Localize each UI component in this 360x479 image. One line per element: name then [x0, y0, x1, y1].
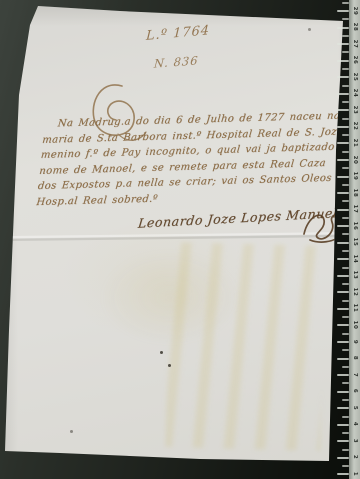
ruler-tick — [342, 283, 349, 285]
ruler-tick — [342, 416, 349, 418]
ruler-tick — [342, 35, 349, 37]
ruler-number: 11 — [351, 303, 359, 313]
ruler-number: 22 — [351, 121, 359, 131]
ruler-tick — [337, 126, 349, 128]
ruler-number: 2 — [351, 452, 359, 462]
ruler-tick — [337, 473, 349, 475]
paper-stain-streaks — [165, 242, 325, 451]
ruler-tick — [337, 308, 349, 310]
ruler-number: 8 — [351, 353, 359, 363]
ruler-tick — [337, 225, 349, 227]
ruler-tick — [342, 68, 349, 70]
ruler-tick — [337, 10, 349, 12]
ruler-number: 19 — [351, 171, 359, 181]
ruler-tick — [342, 449, 349, 451]
ruler-number: 28 — [351, 22, 359, 32]
ruler-tick — [342, 2, 349, 4]
ruler-tick — [337, 424, 349, 426]
ruler-tick — [337, 27, 349, 29]
ruler-tick — [337, 109, 349, 111]
ruler-tick — [342, 432, 349, 434]
ruler-number: 13 — [351, 270, 359, 280]
ruler-number: 12 — [351, 287, 359, 297]
ruler-tick — [342, 184, 349, 186]
ruler-tick — [342, 51, 349, 53]
ruler-number: 15 — [351, 237, 359, 247]
ruler-tick — [342, 316, 349, 318]
ruler-number: 23 — [351, 105, 359, 115]
ruler-number: 21 — [351, 138, 359, 148]
ruler-number: 27 — [351, 39, 359, 49]
ruler-tick — [342, 167, 349, 169]
ruler-tick — [337, 43, 349, 45]
ruler-tick — [337, 209, 349, 211]
ruler-tick — [342, 151, 349, 153]
ruler-tick — [342, 349, 349, 351]
scanner-bed: L.º 1764 N. 836 Na Madrug.a do dia 6 de … — [0, 0, 360, 479]
ruler-tick — [337, 142, 349, 144]
ruler-tick — [342, 85, 349, 87]
ruler-number: 6 — [351, 386, 359, 396]
ruler-tick — [342, 217, 349, 219]
ruler-tick — [342, 465, 349, 467]
ruler-number: 16 — [351, 221, 359, 231]
ruler-tick — [337, 291, 349, 293]
ruler-tick — [337, 242, 349, 244]
ruler-number: 3 — [351, 436, 359, 446]
ruler-tick — [342, 382, 349, 384]
ruler-tick — [342, 200, 349, 202]
ruler-tick — [342, 18, 349, 20]
ruler-tick — [337, 176, 349, 178]
ruler-tick — [342, 134, 349, 136]
ruler-tick — [337, 76, 349, 78]
ruler-tick — [342, 233, 349, 235]
ruler-number: 5 — [351, 403, 359, 413]
signature: Leonardo Joze Lopes Manuel — [137, 206, 316, 230]
ink-speck — [70, 430, 73, 433]
ink-speck — [168, 364, 171, 367]
ruler-tick — [337, 457, 349, 459]
ruler-tick — [337, 391, 349, 393]
ruler-number: 24 — [351, 88, 359, 98]
ruler-tick — [337, 440, 349, 442]
ruler-number: 17 — [351, 204, 359, 214]
ruler-tick — [342, 101, 349, 103]
ruler-tick — [337, 358, 349, 360]
ruler-tick — [342, 250, 349, 252]
ruler-tick — [337, 93, 349, 95]
ruler-tick — [342, 366, 349, 368]
ruler-number: 14 — [351, 254, 359, 264]
ruler-number: 7 — [351, 370, 359, 380]
ruler-number: 4 — [351, 419, 359, 429]
ruler-tick — [337, 275, 349, 277]
header-entry-number: N. 836 — [154, 53, 199, 70]
ink-speck — [308, 28, 311, 31]
ruler-number: 26 — [351, 55, 359, 65]
manuscript-page: L.º 1764 N. 836 Na Madrug.a do dia 6 de … — [0, 0, 360, 479]
ruler-tick — [342, 300, 349, 302]
ruler-tick — [337, 60, 349, 62]
ruler-number: 10 — [351, 320, 359, 330]
ruler-tick — [342, 333, 349, 335]
ruler-number: 25 — [351, 72, 359, 82]
ruler-number: 29 — [351, 6, 359, 16]
ruler-number: 20 — [351, 155, 359, 165]
ruler-tick — [337, 407, 349, 409]
ruler-number: 1 — [351, 469, 359, 479]
ink-speck — [160, 351, 163, 354]
ruler-tick — [337, 258, 349, 260]
ruler-tick — [337, 324, 349, 326]
ruler-tick — [337, 192, 349, 194]
ruler-tick — [337, 159, 349, 161]
ruler-tick — [342, 118, 349, 120]
ruler-tick — [342, 267, 349, 269]
manuscript-body: Na Madrug.a do dia 6 de Julho de 1727 na… — [36, 109, 327, 210]
header-ledger-number: L.º 1764 — [146, 23, 211, 44]
ruler-number: 9 — [351, 337, 359, 347]
ruler-tick — [337, 374, 349, 376]
ruler-tick — [337, 341, 349, 343]
ruler-tick — [342, 399, 349, 401]
ruler-number: 18 — [351, 188, 359, 198]
